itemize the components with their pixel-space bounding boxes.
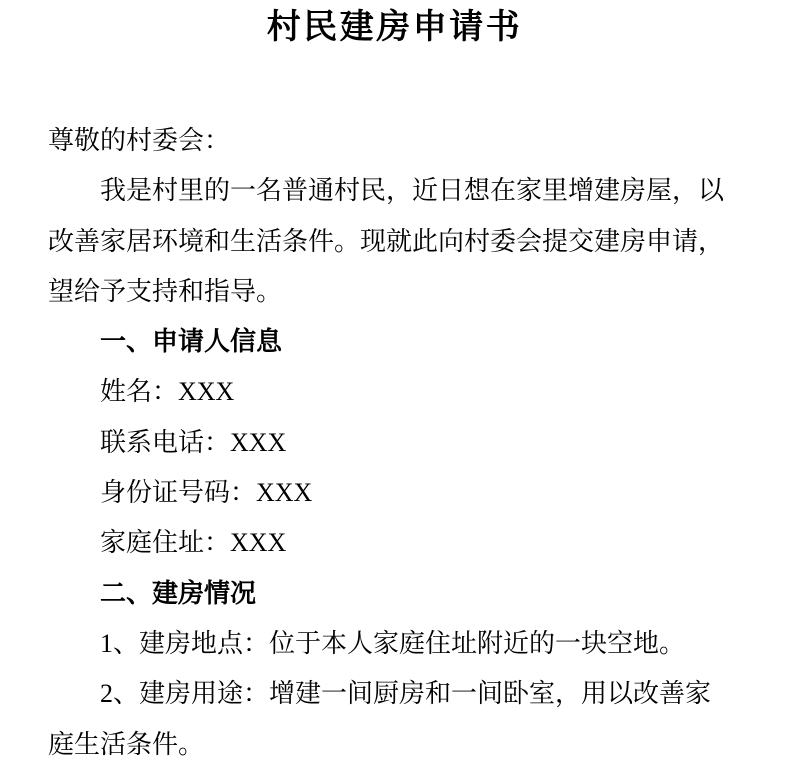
paragraph-line: 望给予支持和指导。 — [48, 267, 745, 317]
section-heading-building-info: 二、建房情况 — [48, 569, 745, 619]
item-line-location: 1、建房地点：位于本人家庭住址附近的一块空地。 — [48, 619, 745, 669]
paragraph-line: 我是村里的一名普通村民，近日想在家里增建房屋，以 — [48, 166, 745, 216]
salutation-line: 尊敬的村委会： — [48, 116, 745, 166]
document-title: 村民建房申请书 — [44, 6, 745, 50]
field-line-phone: 联系电话：XXX — [48, 418, 745, 468]
field-line-home-address: 家庭住址：XXX — [48, 518, 745, 568]
document-page: 村民建房申请书 尊敬的村委会： 我是村里的一名普通村民，近日想在家里增建房屋，以… — [0, 0, 789, 771]
document-body: 尊敬的村委会： 我是村里的一名普通村民，近日想在家里增建房屋，以 改善家居环境和… — [48, 116, 745, 770]
field-line-id-number: 身份证号码：XXX — [48, 468, 745, 518]
paragraph-line: 改善家居环境和生活条件。现就此向村委会提交建房申请， — [48, 217, 745, 267]
field-line-name: 姓名：XXX — [48, 367, 745, 417]
item-line-purpose-wrap: 庭生活条件。 — [48, 720, 745, 770]
section-heading-applicant-info: 一、申请人信息 — [48, 317, 745, 367]
item-line-purpose: 2、建房用途：增建一间厨房和一间卧室，用以改善家 — [48, 669, 745, 719]
